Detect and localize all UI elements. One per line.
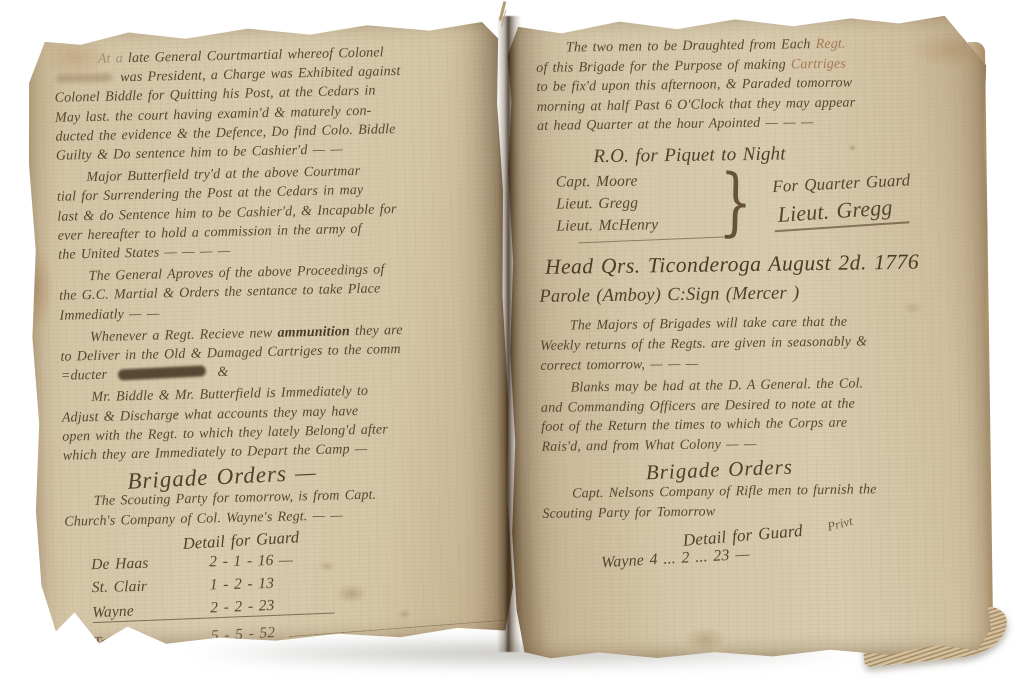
officer-name: Lieut. McHenry: [556, 214, 708, 236]
piquet-officer-names: Capt. Moore Lieut. Gregg Lieut. McHenry: [556, 171, 709, 236]
parole-countersign-line: Parole (Amboy) C:Sign (Mercer ): [539, 284, 799, 307]
quarter-guard-block: For Quarter Guard Lieut. Gregg: [772, 171, 913, 231]
binding-thread: [499, 1, 507, 21]
guard-row-name: St. Clair: [92, 576, 210, 598]
text-segment: Whenever a Regt. Recieve new: [90, 326, 278, 345]
left-page-text: At a late General Courtmartial whereof C…: [23, 17, 515, 648]
officer-name: Capt. Moore: [556, 171, 708, 193]
para-accounts-discharge: Mr. Biddle & Mr. Butterfield is Immediat…: [61, 379, 495, 466]
orderly-book-photo: At a late General Courtmartial whereof C…: [0, 0, 1024, 684]
handwritten-brace: }: [718, 168, 753, 237]
para-butterfield-trial: Major Butterfield try'd at the above Cou…: [56, 159, 490, 265]
text-segment: &: [212, 365, 229, 380]
para-blanks-returns: Blanks may be had at the D. A General. t…: [541, 373, 970, 457]
left-page: At a late General Courtmartial whereof C…: [23, 17, 515, 648]
guard-detail-table: De Haas2 - 1 - 16 — St. Clair1 - 2 - 13 …: [91, 546, 499, 645]
para-two-men-draughted: The two men to be Draughted from Each Re…: [536, 33, 965, 137]
detail-for-guard-heading-left: Detail for Guard: [182, 527, 300, 553]
faded-red-word: Regt.: [816, 37, 846, 52]
guard-row-numbers: 2 - 1 - 16 —: [209, 551, 293, 572]
guard-row-dehaas: De Haas2 - 1 - 16 —: [91, 549, 353, 574]
overwritten-word: ammunition: [277, 324, 350, 341]
underline-flourish: [579, 236, 729, 243]
faded-word-smudge: [56, 74, 112, 83]
guard-row-name: De Haas: [91, 552, 209, 574]
right-page: The two men to be Draughted from Each Re…: [504, 11, 995, 662]
piquet-assignment-block: Capt. Moore Lieut. Gregg Lieut. McHenry …: [556, 166, 967, 238]
faded-red-word: Cartriges: [791, 56, 846, 72]
guard-row-wayne: Wayne2 - 2 - 23: [92, 594, 335, 624]
para-nelsons-riflemen: Capt. Nelsons Company of Rifle men to fu…: [542, 479, 971, 524]
brigade-orders-heading-left: Brigade Orders —: [127, 463, 317, 491]
para-general-approves: The General Aproves of the above Proceed…: [58, 258, 491, 325]
faded-opening-words: At a: [98, 51, 129, 67]
officer-name: Lieut. Gregg: [556, 193, 708, 215]
guard-detail-row-wayne: Wayne 4 ... 2 ... 23 —: [601, 545, 750, 573]
right-page-text: The two men to be Draughted from Each Re…: [504, 11, 995, 662]
text-segment: The two men to be Draughted from Each: [566, 37, 816, 55]
para-courtmartial-biddle: At a late General Courtmartial whereof C…: [54, 41, 489, 166]
headquarters-dateline: Head Qrs. Ticonderoga August 2d. 1776: [545, 253, 919, 278]
quarter-guard-label: For Quarter Guard: [772, 171, 911, 197]
para-ammunition: Whenever a Regt. Recieve new ammunition …: [60, 319, 493, 386]
guard-row-numbers: 1 - 2 - 13: [210, 574, 275, 595]
quarter-guard-officer: Lieut. Gregg: [773, 196, 909, 231]
brigade-orders-heading-right: Brigade Orders: [646, 457, 794, 482]
ink-blot-strikeout: [118, 366, 206, 381]
regimental-orders-piquet-heading: R.O. for Piquet to Night: [593, 144, 785, 166]
guard-row-numbers: 2 - 2 - 23: [210, 596, 275, 618]
para-majors-of-brigades: The Majors of Brigades will take care th…: [540, 311, 969, 376]
text-segment: late General Courtmartial whereof Colone…: [128, 45, 384, 66]
guard-row-name: Wayne: [92, 599, 211, 623]
